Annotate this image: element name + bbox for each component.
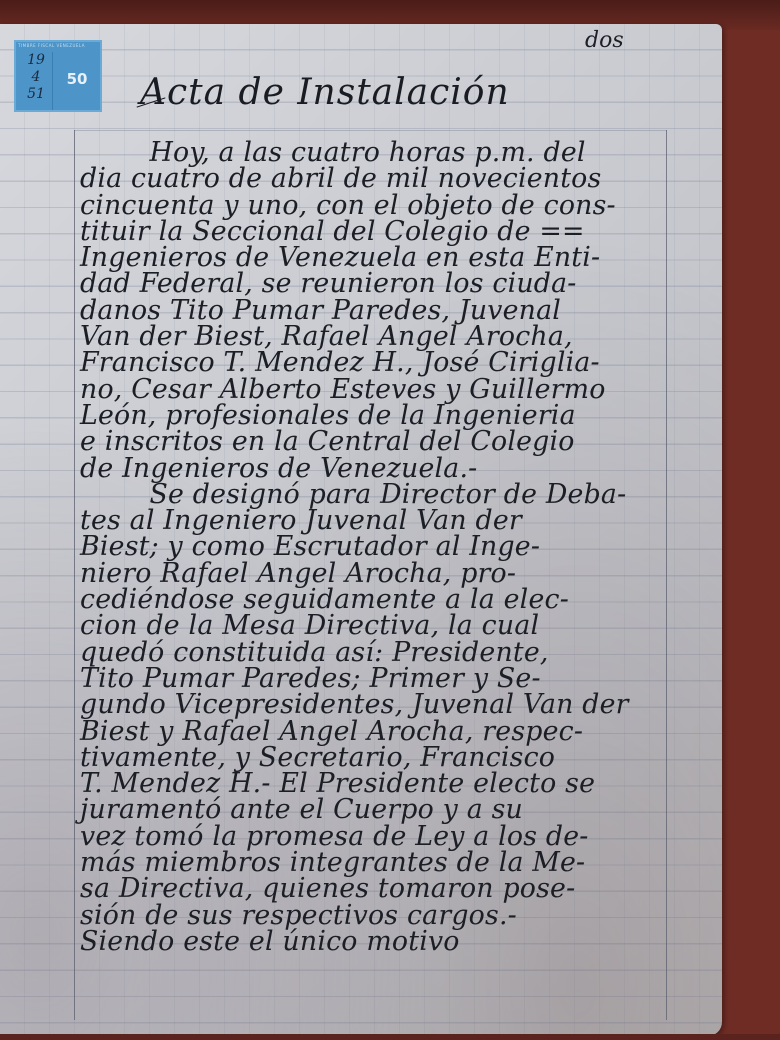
stamp-cancellation-date: 19 4 51 (20, 52, 53, 110)
handwritten-body: Hoy, a las cuatro horas p.m. deldia cuat… (80, 140, 670, 955)
stamp-date-day: 19 (20, 52, 52, 69)
stamp-value: 50 (60, 66, 94, 92)
stamp-header: TIMBRE FISCAL VENEZUELA (18, 43, 98, 51)
handwritten-line: Siendo este el único motivo (80, 929, 665, 955)
top-margin-line (74, 130, 667, 131)
revenue-stamp: TIMBRE FISCAL VENEZUELA 19 4 51 50 (14, 40, 102, 112)
document-title: Acta de Instalación (140, 72, 600, 113)
stamp-date-month: 4 (20, 69, 52, 86)
stamp-date-year: 51 (20, 86, 52, 103)
left-margin-line (74, 130, 75, 1020)
tabletop-edge (0, 1034, 780, 1040)
page-number: dos (585, 28, 624, 53)
